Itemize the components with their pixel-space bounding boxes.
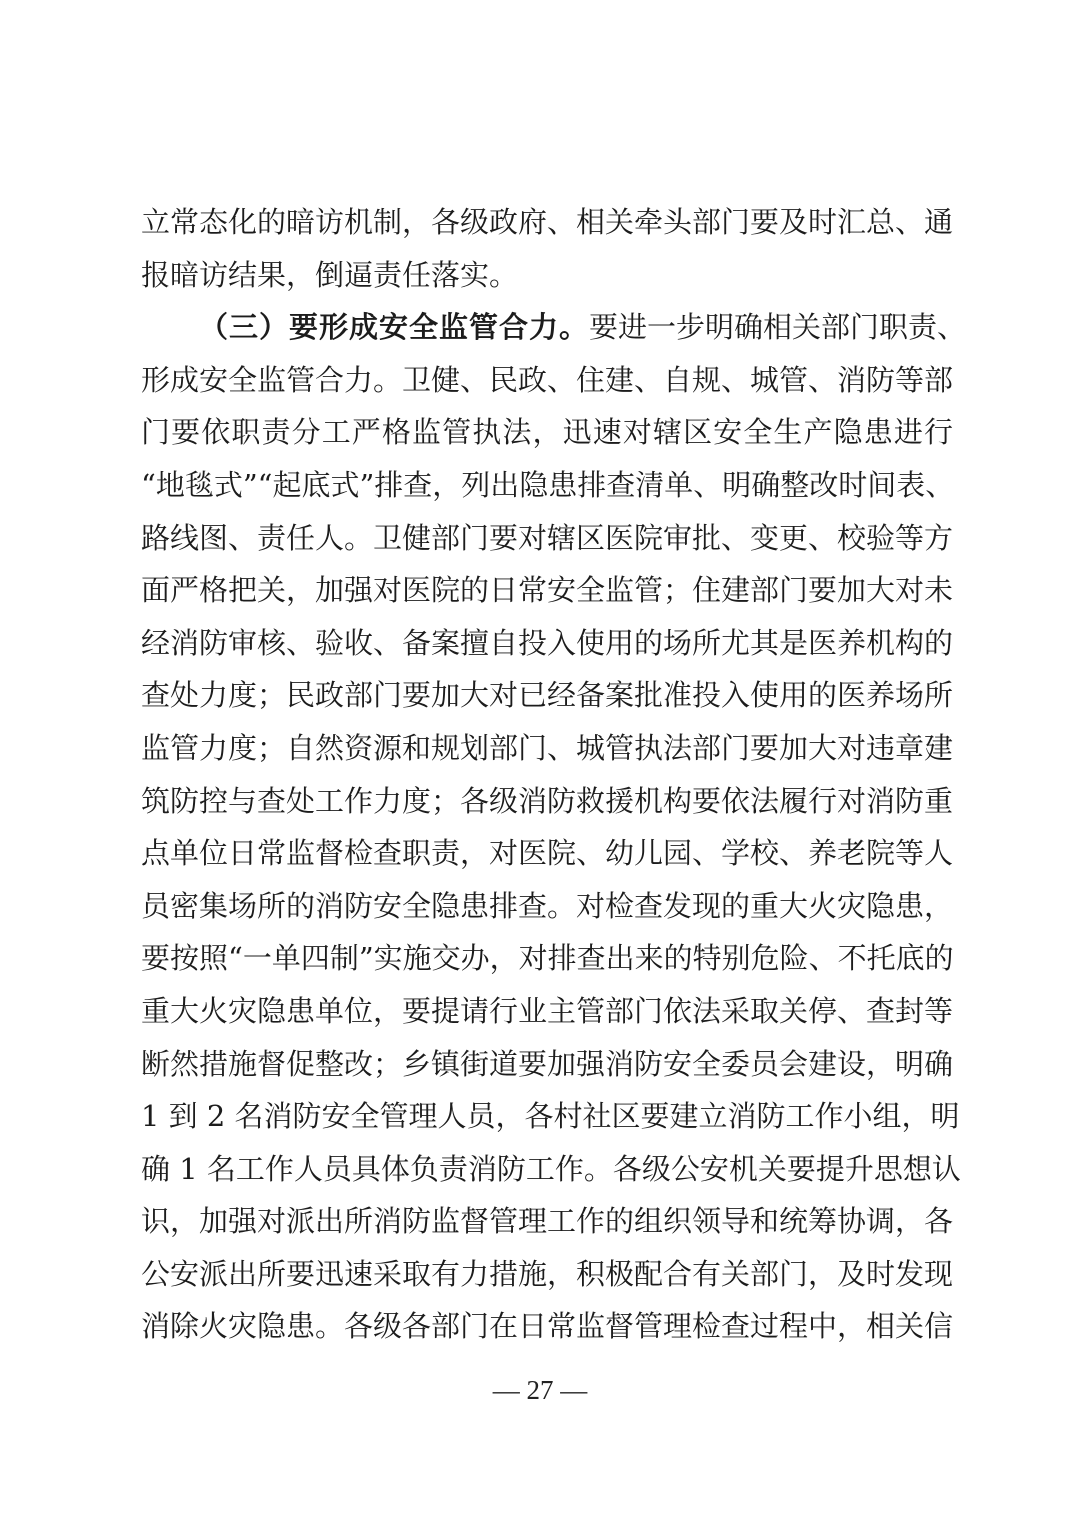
- body-line: 重大火灾隐患单位，要提请行业主管部门依法采取关停、查封等: [141, 985, 953, 1038]
- body-line: 筑防控与查处工作力度；各级消防救援机构要依法履行对消防重: [141, 775, 953, 828]
- body-line: 点单位日常监督检查职责，对医院、幼儿园、学校、养老院等人: [141, 827, 953, 880]
- section-heading-line: （三）要形成安全监管合力。要进一步明确相关部门职责、: [141, 301, 953, 354]
- document-body: 立常态化的暗访机制，各级政府、相关牵头部门要及时汇总、通 报暗访结果，倒逼责任落…: [141, 196, 953, 1353]
- body-line: 查处力度；民政部门要加大对已经备案批准投入使用的医养场所: [141, 669, 953, 722]
- body-line: 确 1 名工作人员具体负责消防工作。各级公安机关要提升思想认: [141, 1143, 953, 1196]
- document-page: 立常态化的暗访机制，各级政府、相关牵头部门要及时汇总、通 报暗访结果，倒逼责任落…: [0, 0, 1080, 1526]
- body-line: 监管力度；自然资源和规划部门、城管执法部门要加大对违章建: [141, 722, 953, 775]
- section-heading-rest: 要进一步明确相关部门职责、: [589, 310, 966, 344]
- body-line: 员密集场所的消防安全隐患排查。对检查发现的重大火灾隐患，: [141, 880, 953, 933]
- body-line: 断然措施督促整改；乡镇街道要加强消防安全委员会建设，明确: [141, 1038, 953, 1091]
- page-footer: — 27 —: [0, 1372, 1080, 1408]
- section-heading-bold: （三）要形成安全监管合力。: [199, 310, 589, 344]
- body-line: 报暗访结果，倒逼责任落实。: [141, 249, 953, 302]
- page-number: — 27 —: [493, 1375, 588, 1405]
- body-line: 形成安全监管合力。卫健、民政、住建、自规、城管、消防等部: [141, 354, 953, 407]
- body-line: 路线图、责任人。卫健部门要对辖区医院审批、变更、校验等方: [141, 512, 953, 565]
- body-line: 经消防审核、验收、备案擅自投入使用的场所尤其是医养机构的: [141, 617, 953, 670]
- body-line: 面严格把关，加强对医院的日常安全监管；住建部门要加大对未: [141, 564, 953, 617]
- body-line: 要按照“一单四制”实施交办，对排查出来的特别危险、不托底的: [141, 932, 953, 985]
- body-line: 消除火灾隐患。各级各部门在日常监督管理检查过程中，相关信: [141, 1300, 953, 1353]
- body-line: 立常态化的暗访机制，各级政府、相关牵头部门要及时汇总、通: [141, 196, 953, 249]
- body-line: 门要依职责分工严格监管执法，迅速对辖区安全生产隐患进行: [141, 406, 953, 459]
- body-line: “地毯式”“起底式”排查，列出隐患排查清单、明确整改时间表、: [141, 459, 953, 512]
- body-line: 1 到 2 名消防安全管理人员，各村社区要建立消防工作小组，明: [141, 1090, 953, 1143]
- body-line: 公安派出所要迅速采取有力措施，积极配合有关部门，及时发现: [141, 1248, 953, 1301]
- body-line: 识，加强对派出所消防监督管理工作的组织领导和统筹协调，各: [141, 1195, 953, 1248]
